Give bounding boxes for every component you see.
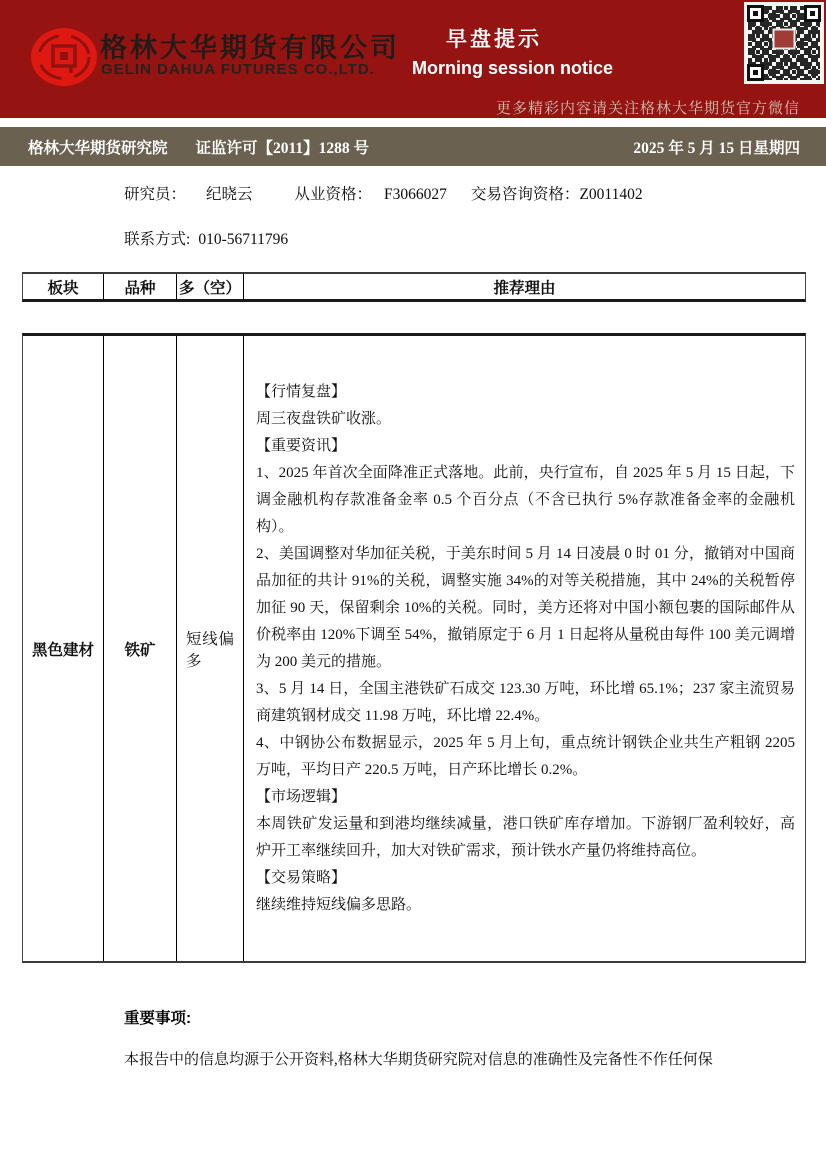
analyst-info-line: 研究员：纪晓云从业资格：F3066027交易咨询资格：Z0011402 <box>124 182 643 204</box>
reason-paragraph: 周三夜盘铁矿收涨。 <box>256 406 795 433</box>
company-name-cn: 格林大华期货有限公司 <box>100 26 400 65</box>
report-date: 2025 年 5 月 15 日星期四 <box>633 136 800 158</box>
license-number: 证监许可【2011】1288 号 <box>196 140 370 157</box>
qr-finder-icon <box>804 5 821 22</box>
reason-paragraph: 3、5 月 14 日，全国主港铁矿石成交 123.30 万吨，环比增 65.1%… <box>256 676 795 730</box>
wechat-tip-text: 更多精彩内容请关注格林大华期货官方微信 <box>496 97 800 118</box>
reason-paragraph: 【交易策略】 <box>256 865 795 892</box>
disclaimer-text: 本报告中的信息均源于公开资料,格林大华期货研究院对信息的准确性及完备性不作任何保 <box>124 1048 716 1069</box>
reason-paragraph: 1、2025 年首次全面降准正式落地。此前，央行宣布，自 2025 年 5 月 … <box>256 460 795 541</box>
reason-paragraph: 【重要资讯】 <box>256 433 795 460</box>
reason-paragraph: 4、中钢协公布数据显示，2025 年 5 月上旬，重点统计钢铁企业共生产粗钢 2… <box>256 730 795 784</box>
advisory-label: 交易咨询资格： <box>471 186 580 203</box>
advisory-number: Z0011402 <box>579 186 642 203</box>
reason-paragraph: 本周铁矿发运量和到港均继续减量，港口铁矿库存增加。下游钢厂盈利较好，高炉开工率继… <box>256 811 795 865</box>
qr-finder-icon <box>747 64 764 81</box>
researcher-name: 纪晓云 <box>206 186 253 203</box>
variety-cell: 铁矿 <box>104 336 177 961</box>
top-banner: 格林大华期货有限公司 GELIN DAHUA FUTURES CO.,LTD. … <box>0 0 826 118</box>
recommendation-table-header: 板块 品种 多（空） 推荐理由 <box>22 272 806 302</box>
position-cell: 短线偏多 <box>177 336 244 961</box>
position-text: 短线偏多 <box>186 627 234 671</box>
col-header-sector: 板块 <box>23 274 104 299</box>
col-header-position: 多（空） <box>177 274 244 299</box>
morning-notice-page: 格林大华期货有限公司 GELIN DAHUA FUTURES CO.,LTD. … <box>0 0 826 1169</box>
reason-paragraph: 继续维持短线偏多思路。 <box>256 892 795 919</box>
sector-cell: 黑色建材 <box>23 336 104 961</box>
notice-title-cn: 早盘提示 <box>446 23 542 53</box>
wechat-qr-code <box>744 2 824 84</box>
contact-number: 010-56711796 <box>198 231 288 248</box>
qr-center-logo-icon <box>773 28 796 49</box>
researcher-label: 研究员： <box>124 186 186 203</box>
qr-finder-icon <box>747 5 764 22</box>
reason-cell: 【行情复盘】周三夜盘铁矿收涨。【重要资讯】1、2025 年首次全面降准正式落地。… <box>244 336 805 961</box>
recommendation-table-row: 黑色建材 铁矿 短线偏多 【行情复盘】周三夜盘铁矿收涨。【重要资讯】1、2025… <box>22 333 806 963</box>
notice-title-en: Morning session notice <box>412 58 613 79</box>
contact-label: 联系方式: <box>124 231 190 248</box>
institute-name: 格林大华期货研究院 <box>28 140 168 157</box>
important-notice-title: 重要事项: <box>124 1006 191 1028</box>
reason-paragraph: 2、美国调整对华加征关税，于美东时间 5 月 14 日凌晨 0 时 01 分，撤… <box>256 541 795 676</box>
contact-info-line: 联系方式:010-56711796 <box>124 227 288 249</box>
reason-paragraph: 【行情复盘】 <box>256 379 795 406</box>
qualification-number: F3066027 <box>384 186 447 203</box>
qualification-label: 从业资格： <box>295 186 373 203</box>
col-header-reason: 推荐理由 <box>244 274 805 299</box>
company-logo-icon <box>30 27 98 89</box>
reason-paragraph: 【市场逻辑】 <box>256 784 795 811</box>
institute-license: 格林大华期货研究院证监许可【2011】1288 号 <box>28 136 369 158</box>
col-header-variety: 品种 <box>104 274 177 299</box>
sub-banner: 格林大华期货研究院证监许可【2011】1288 号 2025 年 5 月 15 … <box>0 127 826 166</box>
company-name-en: GELIN DAHUA FUTURES CO.,LTD. <box>101 61 375 78</box>
